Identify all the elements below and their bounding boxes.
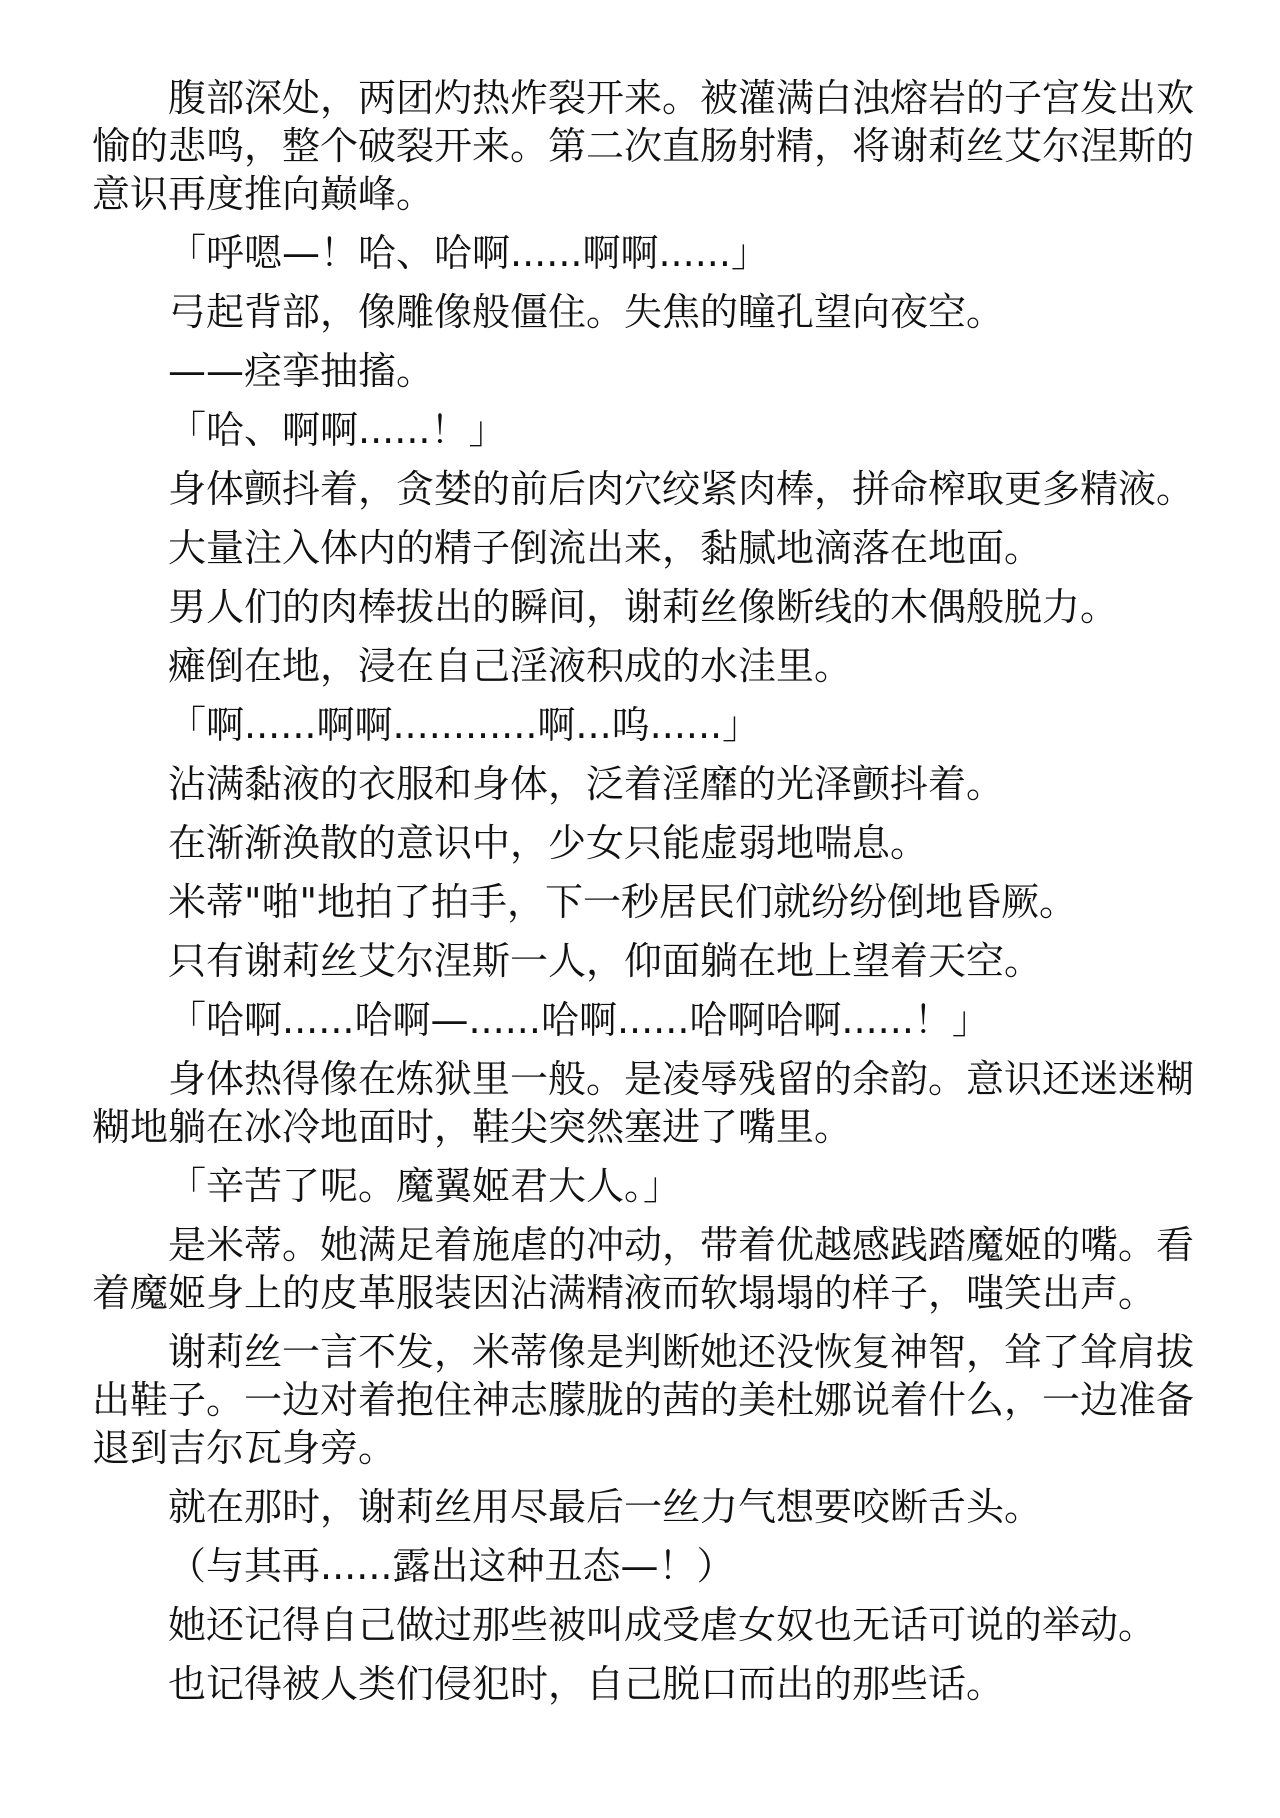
text-body: 腹部深处，两团灼热炸裂开来。被灌满白浊熔岩的子宫发出欢愉的悲鸣，整个破裂开来。第… [92,74,1194,1708]
paragraph: 男人们的肉棒拔出的瞬间，谢莉丝像断线的木偶般脱力。 [92,583,1194,631]
paragraph: ——痉挛抽搐。 [92,347,1194,395]
dialogue-paragraph: 「呼嗯—！哈、哈啊......啊啊......」 [92,229,1194,277]
paragraph: 大量注入体内的精子倒流出来，黏腻地滴落在地面。 [92,524,1194,572]
paragraph: 也记得被人类们侵犯时，自己脱口而出的那些话。 [92,1660,1194,1708]
dialogue-paragraph: 「辛苦了呢。魔翼姬君大人。」 [92,1162,1194,1210]
paragraph: 沾满黏液的衣服和身体，泛着淫靡的光泽颤抖着。 [92,760,1194,808]
dialogue-paragraph: 「哈、啊啊......！」 [92,406,1194,454]
paragraph: 瘫倒在地，浸在自己淫液积成的水洼里。 [92,642,1194,690]
paragraph: 谢莉丝一言不发，米蒂像是判断她还没恢复神智，耸了耸肩拔出鞋子。一边对着抱住神志朦… [92,1328,1194,1472]
paragraph: 是米蒂。她满足着施虐的冲动，带着优越感践踏魔姬的嘴。看着魔姬身上的皮革服装因沾满… [92,1221,1194,1317]
paragraph: 在渐渐涣散的意识中，少女只能虚弱地喘息。 [92,819,1194,867]
paragraph: 她还记得自己做过那些被叫成受虐女奴也无话可说的举动。 [92,1601,1194,1649]
paragraph: 就在那时，谢莉丝用尽最后一丝力气想要咬断舌头。 [92,1483,1194,1531]
paragraph: 米蒂"啪"地拍了拍手，下一秒居民们就纷纷倒地昏厥。 [92,878,1194,926]
paragraph: 腹部深处，两团灼热炸裂开来。被灌满白浊熔岩的子宫发出欢愉的悲鸣，整个破裂开来。第… [92,74,1194,218]
paragraph: 只有谢莉丝艾尔涅斯一人，仰面躺在地上望着天空。 [92,937,1194,985]
document-page: 腹部深处，两团灼热炸裂开来。被灌满白浊熔岩的子宫发出欢愉的悲鸣，整个破裂开来。第… [0,0,1280,1818]
dialogue-paragraph: 「哈啊......哈啊—......哈啊......哈啊哈啊......！」 [92,996,1194,1044]
paragraph: 身体热得像在炼狱里一般。是凌辱残留的余韵。意识还迷迷糊糊地躺在冰冷地面时，鞋尖突… [92,1055,1194,1151]
paragraph: 身体颤抖着，贪婪的前后肉穴绞紧肉棒，拼命榨取更多精液。 [92,465,1194,513]
dialogue-paragraph: 「啊......啊啊............啊...呜......」 [92,701,1194,749]
paragraph: 弓起背部，像雕像般僵住。失焦的瞳孔望向夜空。 [92,288,1194,336]
paragraph: （与其再......露出这种丑态—！） [92,1542,1194,1590]
